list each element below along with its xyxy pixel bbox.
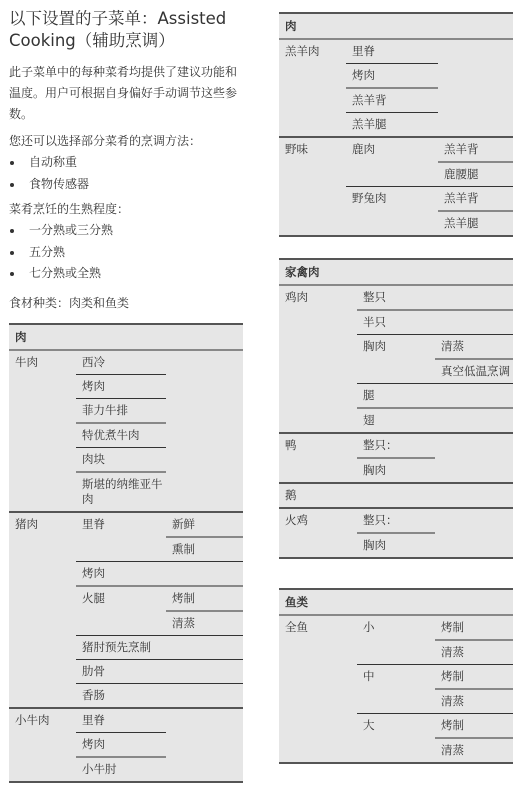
table-cell: 里脊 xyxy=(76,512,166,562)
table-cell: 野兔肉 xyxy=(346,187,438,237)
category-label: 食材种类：肉类和鱼类 xyxy=(9,293,244,314)
table-cell: 烤肉 xyxy=(76,733,166,758)
table-cell: 里脊 xyxy=(346,39,438,64)
group-duck: 鸭 xyxy=(279,433,357,483)
table-header: 肉 xyxy=(279,13,513,39)
table-cell: 清蒸 xyxy=(166,611,243,636)
group-whole-fish: 全鱼 xyxy=(279,615,357,763)
table-cell: 菲力牛排 xyxy=(76,399,166,424)
doneness-list: 一分熟或三分熟 五分熟 七分熟或全熟 xyxy=(9,220,244,285)
table-cell: 烤肉 xyxy=(346,64,438,89)
table-cell: 小 xyxy=(357,615,435,665)
list-item: 食物传感器 xyxy=(9,174,244,196)
group-turkey: 火鸡 xyxy=(279,508,357,558)
table-header: 家禽肉 xyxy=(279,259,513,285)
table-cell: 鹿肉 xyxy=(346,137,438,187)
table-cell: 羔羊腿 xyxy=(438,211,513,236)
table-cell: 整只： xyxy=(357,433,435,458)
table-cell: 烤肉 xyxy=(76,562,243,587)
table-cell: 烤制 xyxy=(435,615,513,640)
meat-table-right: 肉 羔羊肉里脊 烤肉 羔羊背 羔羊腿 野味鹿肉羔羊背 鹿腰腿 野兔肉羔羊背 羔羊… xyxy=(279,12,513,237)
table-cell: 烤制 xyxy=(435,714,513,739)
table-cell: 半只 xyxy=(357,310,513,335)
table-cell: 香肠 xyxy=(76,684,243,709)
table-cell: 羔羊腿 xyxy=(346,113,438,138)
table-cell: 羔羊背 xyxy=(438,137,513,162)
doneness-label: 菜肴烹饪的生熟程度： xyxy=(9,199,244,220)
group-chicken: 鸡肉 xyxy=(279,285,357,433)
list-item: 七分熟或全熟 xyxy=(9,263,244,285)
table-cell: 清蒸 xyxy=(435,640,513,665)
poultry-table: 家禽肉 鸡肉整只 半只 胸肉清蒸 真空低温烹调 腿 翅 鸭整只： 胸肉 鹅 火鸡… xyxy=(279,258,513,559)
list-item: 一分熟或三分熟 xyxy=(9,220,244,242)
group-game: 野味 xyxy=(279,137,346,236)
table-cell: 肉块 xyxy=(76,448,166,473)
table-header: 肉 xyxy=(9,324,243,350)
left-column: 以下设置的子菜单：Assisted Cooking（辅助烹调） 此子菜单中的每种… xyxy=(9,8,244,320)
group-beef: 牛肉 xyxy=(9,350,76,512)
table-cell: 清蒸 xyxy=(435,335,513,360)
table-cell: 清蒸 xyxy=(435,738,513,763)
meat-table-left: 肉 牛肉西冷 烤肉 菲力牛排 特优煮牛肉 肉块 斯堪的纳维亚牛肉 猪肉里脊新鲜 … xyxy=(9,323,243,783)
list-item: 五分熟 xyxy=(9,242,244,264)
table-header: 鱼类 xyxy=(279,589,513,615)
table-cell: 胸肉 xyxy=(357,533,435,558)
table-cell: 羔羊背 xyxy=(346,88,438,113)
methods-list: 自动称重 食物传感器 xyxy=(9,152,244,195)
table-cell: 特优煮牛肉 xyxy=(76,423,166,448)
table-cell: 翅 xyxy=(357,408,513,433)
table-cell: 肋骨 xyxy=(76,660,243,684)
table-cell: 小牛肘 xyxy=(76,757,166,782)
table-cell: 里脊 xyxy=(76,708,166,733)
table-cell: 中 xyxy=(357,665,435,714)
table-cell: 烤肉 xyxy=(76,375,166,399)
table-cell: 火腿 xyxy=(76,586,166,636)
table-cell: 整只： xyxy=(357,508,435,533)
group-lamb: 羔羊肉 xyxy=(279,39,346,137)
group-veal: 小牛肉 xyxy=(9,708,76,782)
fish-table: 鱼类 全鱼小烤制 清蒸 中烤制 清蒸 大烤制 清蒸 xyxy=(279,588,513,764)
table-cell: 羔羊背 xyxy=(438,187,513,212)
table-cell: 胸肉 xyxy=(357,335,435,384)
table-cell: 西冷 xyxy=(76,350,166,375)
table-cell: 烤制 xyxy=(435,665,513,690)
intro-paragraph: 此子菜单中的每种菜肴均提供了建议功能和温度。用户可根据自身偏好手动调节这些参数。 xyxy=(9,62,244,125)
table-cell: 新鲜 xyxy=(166,512,243,537)
table-cell: 烤制 xyxy=(166,586,243,611)
page-title: 以下设置的子菜单：Assisted Cooking（辅助烹调） xyxy=(9,8,244,52)
table-cell: 腿 xyxy=(357,384,513,409)
table-cell: 熏制 xyxy=(166,537,243,562)
table-cell: 鹿腰腿 xyxy=(438,162,513,187)
table-cell: 胸肉 xyxy=(357,458,435,483)
list-item: 自动称重 xyxy=(9,152,244,174)
group-pork: 猪肉 xyxy=(9,512,76,708)
table-cell: 整只 xyxy=(357,285,513,310)
table-cell: 清蒸 xyxy=(435,689,513,714)
group-goose: 鹅 xyxy=(279,483,513,508)
methods-label: 您还可以选择部分菜肴的烹调方法： xyxy=(9,131,244,152)
table-cell: 猪肘预先烹制 xyxy=(76,636,243,660)
table-cell: 真空低温烹调 xyxy=(435,359,513,384)
table-cell: 大 xyxy=(357,714,435,764)
table-cell: 斯堪的纳维亚牛肉 xyxy=(76,472,166,512)
